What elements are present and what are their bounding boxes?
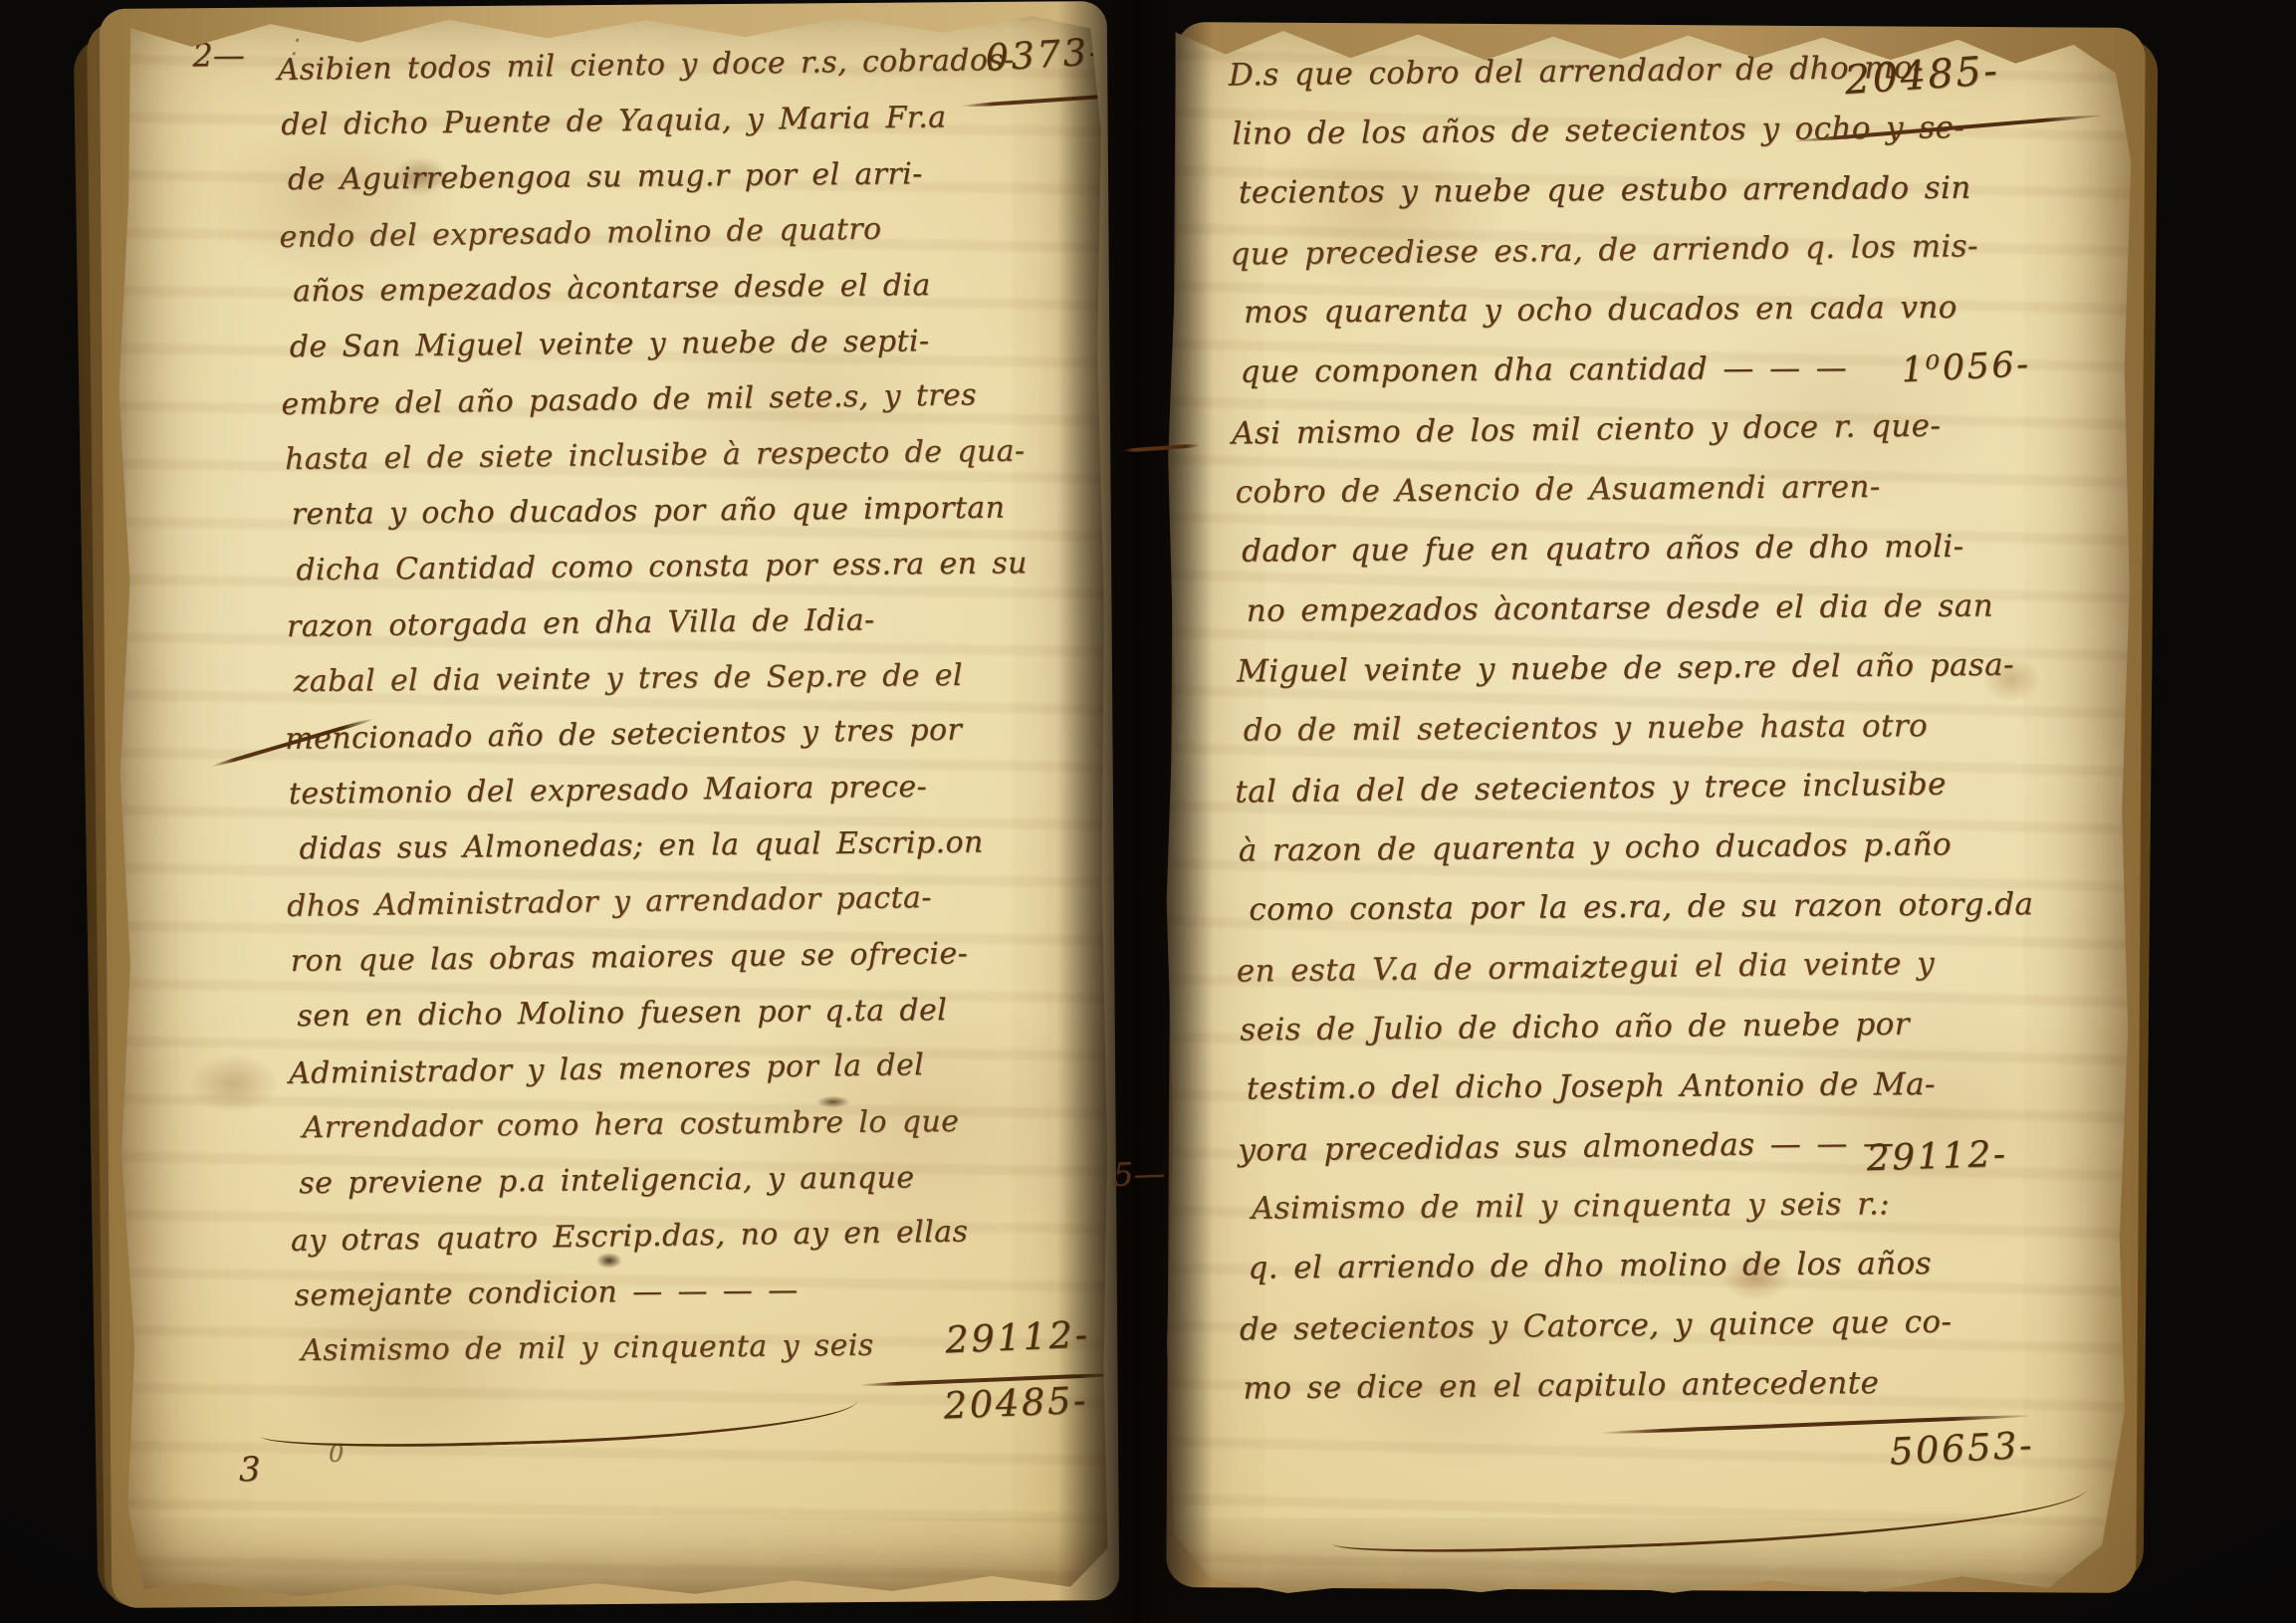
entry-number-mark: 5—: [1112, 1154, 1166, 1194]
manuscript-photo: 2— ⁚ Asibien todos mil ciento y doce r.s…: [0, 0, 2296, 1623]
photo-vignette: [0, 0, 2296, 1623]
